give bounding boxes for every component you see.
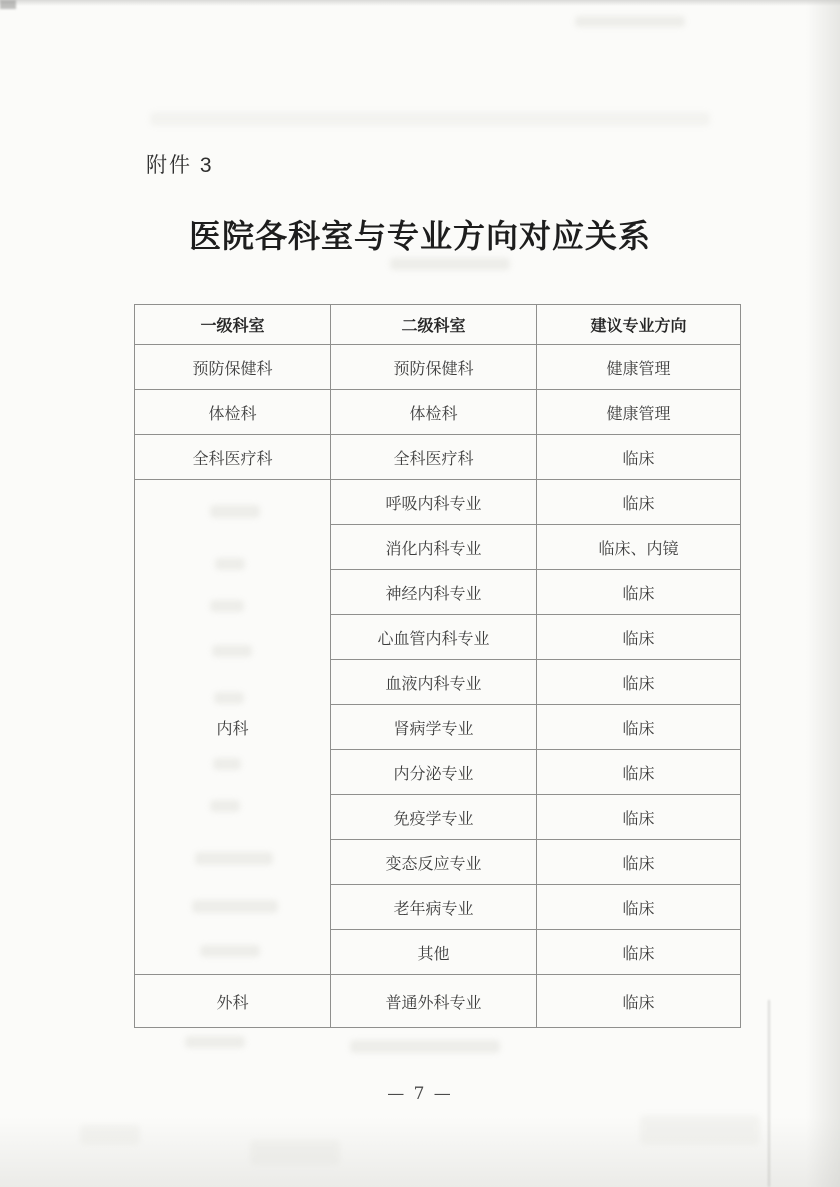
level2-cell: 血液内科专业 (331, 660, 537, 705)
scan-corner-mark (0, 0, 16, 9)
scanned-document-page: 附件 3 医院各科室与专业方向对应关系 一级科室 二级科室 建议专业方向 预防保… (0, 0, 840, 1187)
department-mapping-table: 一级科室 二级科室 建议专业方向 预防保健科 预防保健科 健康管理 体检科 体检… (134, 304, 741, 1028)
level2-cell: 变态反应专业 (331, 840, 537, 885)
level1-cell: 外科 (135, 975, 331, 1028)
level2-cell: 免疫学专业 (331, 795, 537, 840)
scan-edge-top (0, 0, 840, 6)
level2-cell: 其他 (331, 930, 537, 975)
direction-cell: 临床 (537, 615, 741, 660)
level2-cell: 内分泌专业 (331, 750, 537, 795)
attachment-label: 附件 3 (146, 149, 214, 179)
direction-cell: 临床 (537, 660, 741, 705)
direction-cell: 临床 (537, 975, 741, 1028)
department-table-container: 一级科室 二级科室 建议专业方向 预防保健科 预防保健科 健康管理 体检科 体检… (134, 304, 741, 1028)
level2-cell: 体检科 (331, 390, 537, 435)
level2-cell: 神经内科专业 (331, 570, 537, 615)
table-row: 内科 呼吸内科专业 临床 (135, 480, 741, 525)
level2-cell: 心血管内科专业 (331, 615, 537, 660)
level1-cell-internal-medicine: 内科 (135, 480, 331, 975)
direction-cell: 健康管理 (537, 345, 741, 390)
direction-cell: 临床 (537, 570, 741, 615)
table-row: 预防保健科 预防保健科 健康管理 (135, 345, 741, 390)
level2-cell: 消化内科专业 (331, 525, 537, 570)
level2-cell: 普通外科专业 (331, 975, 537, 1028)
direction-cell: 临床 (537, 930, 741, 975)
table-header-cell-level1: 一级科室 (135, 305, 331, 345)
level1-cell: 预防保健科 (135, 345, 331, 390)
page-title: 医院各科室与专业方向对应关系 (0, 211, 840, 257)
page-number: — 7 — (0, 1084, 840, 1104)
table-header-row: 一级科室 二级科室 建议专业方向 (135, 305, 741, 345)
direction-cell: 临床 (537, 435, 741, 480)
level1-cell: 体检科 (135, 390, 331, 435)
direction-cell: 临床 (537, 795, 741, 840)
bleedthrough-smudge (150, 112, 710, 126)
direction-cell: 临床 (537, 705, 741, 750)
table-header-cell-direction: 建议专业方向 (537, 305, 741, 345)
table-row: 外科 普通外科专业 临床 (135, 975, 741, 1028)
level2-cell: 肾病学专业 (331, 705, 537, 750)
table-row: 体检科 体检科 健康管理 (135, 390, 741, 435)
bleedthrough-smudge (250, 1140, 340, 1165)
scan-edge-right (806, 0, 840, 1187)
direction-cell: 临床、内镜 (537, 525, 741, 570)
bleedthrough-smudge (350, 1040, 500, 1053)
direction-cell: 临床 (537, 750, 741, 795)
direction-cell: 临床 (537, 480, 741, 525)
level2-cell: 预防保健科 (331, 345, 537, 390)
level2-cell: 呼吸内科专业 (331, 480, 537, 525)
level2-cell: 全科医疗科 (331, 435, 537, 480)
bleedthrough-smudge (640, 1115, 760, 1145)
bleedthrough-smudge (80, 1125, 140, 1145)
bleedthrough-smudge (185, 1036, 245, 1048)
level2-cell: 老年病专业 (331, 885, 537, 930)
direction-cell: 临床 (537, 885, 741, 930)
bleedthrough-smudge (575, 16, 685, 27)
direction-cell: 临床 (537, 840, 741, 885)
level1-cell: 全科医疗科 (135, 435, 331, 480)
table-row: 全科医疗科 全科医疗科 临床 (135, 435, 741, 480)
direction-cell: 健康管理 (537, 390, 741, 435)
table-header-cell-level2: 二级科室 (331, 305, 537, 345)
bleedthrough-smudge (390, 258, 510, 270)
